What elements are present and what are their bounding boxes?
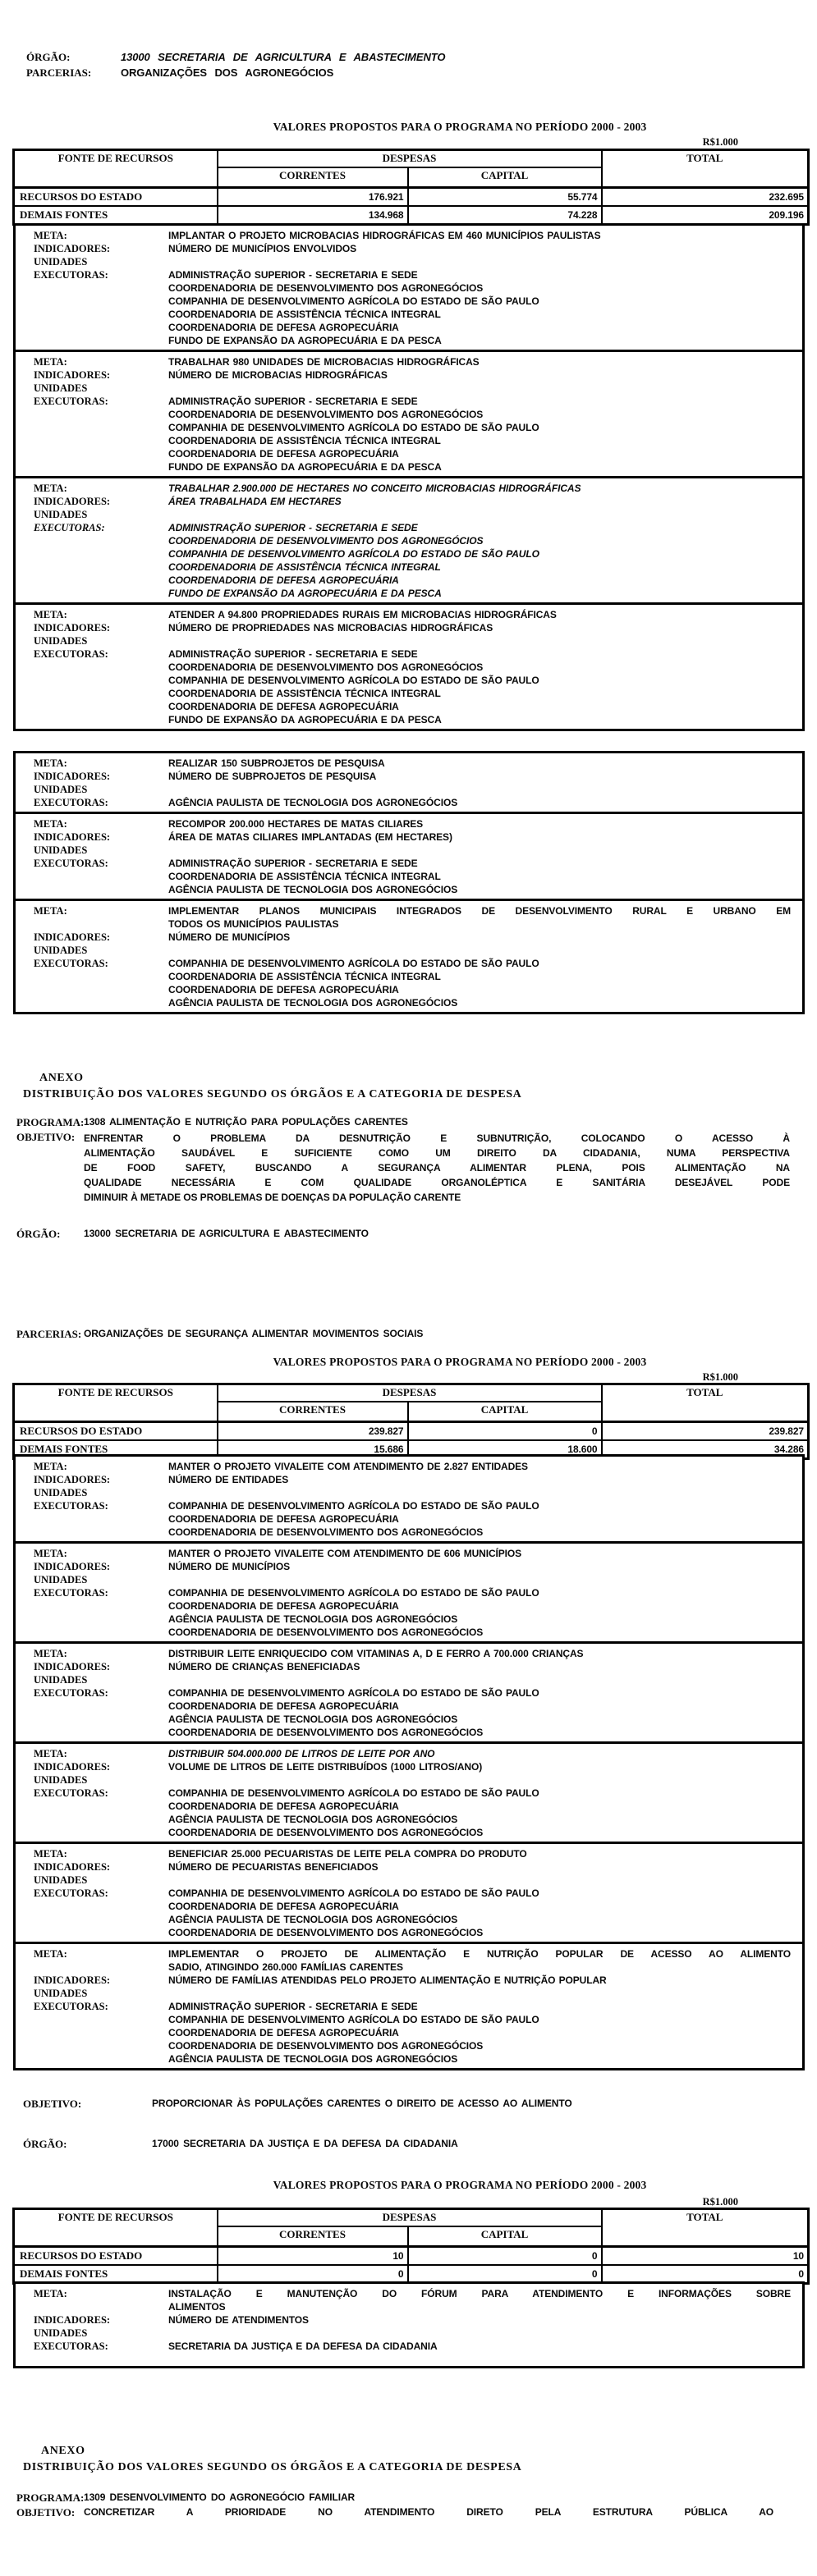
meta-row: INDICADORES:NÚMERO DE PROPRIEDADES NAS M… — [16, 621, 802, 634]
executora-value: COMPANHIA DE DESENVOLVIMENTO AGRÍCOLA DO… — [168, 1499, 802, 1512]
meta-row: FUNDO DE EXPANSÃO DA AGROPECUÁRIA E DA P… — [16, 334, 802, 347]
unidades-spacer — [168, 2327, 802, 2340]
objetivo-1308-text: ENFRENTAR O PROBLEMA DA DESNUTRIÇÃO E SU… — [84, 1131, 790, 1205]
meta-row: ALIMENTOS — [16, 2300, 802, 2313]
meta-table-4: META:INSTALAÇÃO E MANUTENÇÃO DO FÓRUM PA… — [13, 2281, 805, 2368]
unidades-label: UNIDADES — [16, 1987, 168, 2000]
indicadores-value: NÚMERO DE MUNICÍPIOS — [168, 931, 802, 944]
meta-label: META: — [16, 1947, 168, 1961]
executora-value: COORDENADORIA DE DEFESA AGROPECUÁRIA — [168, 983, 802, 996]
valores-title-1: VALORES PROPOSTOS PARA O PROGRAMA NO PER… — [107, 121, 813, 134]
fin-cell-total: 209.196 — [602, 206, 809, 225]
meta-value: TODOS OS MUNICÍPIOS PAULISTAS — [168, 917, 802, 931]
meta-row: EXECUTORAS:ADMINISTRAÇÃO SUPERIOR - SECR… — [16, 268, 802, 281]
meta-block: META:MANTER O PROJETO VIVALEITE COM ATEN… — [16, 1457, 802, 1541]
meta-row: UNIDADES — [16, 2327, 802, 2340]
executora-value: AGÊNCIA PAULISTA DE TECNOLOGIA DOS AGRON… — [168, 996, 802, 1009]
fin-header-correntes: CORRENTES — [218, 167, 408, 188]
fin-row: RECURSOS DO ESTADO10010 — [14, 2247, 809, 2266]
executoras-label — [16, 1926, 168, 1939]
executoras-label — [16, 700, 168, 713]
meta-label — [16, 1961, 168, 1974]
unidades-label: UNIDADES — [16, 382, 168, 395]
parcerias-1308-row: PARCERIAS: ORGANIZAÇÕES DE SEGURANÇA ALI… — [16, 1328, 423, 1341]
meta-label: META: — [16, 1747, 168, 1760]
objetivo-label: OBJETIVO: — [16, 2506, 84, 2519]
executora-value: COMPANHIA DE DESENVOLVIMENTO AGRÍCOLA DO… — [168, 674, 802, 687]
unidades-label: UNIDADES — [16, 1486, 168, 1499]
executoras-label — [16, 870, 168, 883]
executoras-label — [16, 460, 168, 474]
executora-value: COORDENADORIA DE DESENVOLVIMENTO DOS AGR… — [168, 1626, 802, 1639]
meta-label: META: — [16, 817, 168, 830]
meta-row: COORDENADORIA DE DEFESA AGROPECUÁRIA — [16, 1900, 802, 1913]
currency-note-2: R$1.000 — [703, 1371, 738, 1384]
indicadores-value: NÚMERO DE PROPRIEDADES NAS MICROBACIAS H… — [168, 621, 802, 634]
executora-value: COORDENADORIA DE DEFESA AGROPECUÁRIA — [168, 447, 802, 460]
executora-value: COORDENADORIA DE DESENVOLVIMENTO DOS AGR… — [168, 534, 802, 547]
executora-value: COMPANHIA DE DESENVOLVIMENTO AGRÍCOLA DO… — [168, 547, 802, 560]
meta-row: EXECUTORAS:COMPANHIA DE DESENVOLVIMENTO … — [16, 957, 802, 970]
meta-block: META:RECOMPOR 200.000 HECTARES DE MATAS … — [16, 812, 802, 899]
meta-value: TRABALHAR 2.900.000 DE HECTARES NO CONCE… — [168, 482, 802, 495]
meta-row: META:IMPLEMENTAR PLANOS MUNICIPAIS INTEG… — [16, 904, 802, 917]
parcerias-label: PARCERIAS: — [16, 1328, 84, 1341]
meta-row: META:REALIZAR 150 SUBPROJETOS DE PESQUIS… — [16, 757, 802, 770]
executoras-label — [16, 1900, 168, 1913]
objetivo-1308-row: OBJETIVO: ENFRENTAR O PROBLEMA DA DESNUT… — [16, 1131, 790, 1205]
meta-row: COORDENADORIA DE DESENVOLVIMENTO DOS AGR… — [16, 1726, 802, 1739]
fin-header-correntes: CORRENTES — [218, 1402, 408, 1422]
parcerias-value: ORGANIZAÇÕES DE SEGURANÇA ALIMENTAR MOVI… — [84, 1328, 423, 1339]
executora-value: ADMINISTRAÇÃO SUPERIOR - SECRETARIA E SE… — [168, 268, 802, 281]
executoras-label: EXECUTORAS: — [16, 647, 168, 661]
meta-row: META:TRABALHAR 980 UNIDADES DE MICROBACI… — [16, 355, 802, 368]
meta-value: ATENDER A 94.800 PROPRIEDADES RURAIS EM … — [168, 608, 802, 621]
fin-header-despesas: DESPESAS — [218, 2209, 602, 2227]
executora-value: COMPANHIA DE DESENVOLVIMENTO AGRÍCOLA DO… — [168, 1887, 802, 1900]
meta-value: BENEFICIAR 25.000 PECUARISTAS DE LEITE P… — [168, 1847, 802, 1860]
meta-row: COORDENADORIA DE ASSISTÊNCIA TÉCNICA INT… — [16, 434, 802, 447]
fin-header-correntes: CORRENTES — [218, 2226, 408, 2247]
meta-row: COORDENADORIA DE DESENVOLVIMENTO DOS AGR… — [16, 1826, 802, 1839]
fin-header-capital: CAPITAL — [408, 2226, 602, 2247]
meta-row: COORDENADORIA DE DESENVOLVIMENTO DOS AGR… — [16, 1926, 802, 1939]
executoras-label — [16, 2039, 168, 2052]
executoras-label: EXECUTORAS: — [16, 1787, 168, 1800]
unidades-spacer — [168, 944, 802, 957]
objetivo-line: DE FOOD SAFETY, BUSCANDO A SEGURANÇA ALI… — [84, 1160, 790, 1175]
meta-block: META:REALIZAR 150 SUBPROJETOS DE PESQUIS… — [16, 753, 802, 812]
orgao-value: 13000 SECRETARIA DE AGRICULTURA E ABASTE… — [121, 49, 445, 65]
meta-label: META: — [16, 229, 168, 242]
indicadores-value: ÁREA DE MATAS CILIARES IMPLANTADAS (EM H… — [168, 830, 802, 844]
unidades-label: UNIDADES — [16, 1573, 168, 1586]
meta-row: UNIDADES — [16, 508, 802, 521]
meta-block: META:IMPLANTAR O PROJETO MICROBACIAS HID… — [16, 226, 802, 350]
executoras-label — [16, 547, 168, 560]
executora-value: COORDENADORIA DE DESENVOLVIMENTO DOS AGR… — [168, 1526, 802, 1539]
unidades-spacer — [168, 1486, 802, 1499]
executoras-label — [16, 713, 168, 726]
executoras-label — [16, 2052, 168, 2066]
fin-header-capital: CAPITAL — [408, 1402, 602, 1422]
executoras-label: EXECUTORAS: — [16, 957, 168, 970]
executoras-label — [16, 574, 168, 587]
valores-table-2: FONTE DE RECURSOSDESPESASTOTALCORRENTESC… — [12, 1383, 810, 1460]
fin-cell-total: 239.827 — [602, 1422, 809, 1441]
executora-value: COORDENADORIA DE DESENVOLVIMENTO DOS AGR… — [168, 2039, 802, 2052]
currency-note-1: R$1.000 — [703, 136, 738, 149]
objetivo-value: PROPORCIONAR ÀS POPULAÇÕES CARENTES O DI… — [152, 2098, 572, 2109]
meta-row: AGÊNCIA PAULISTA DE TECNOLOGIA DOS AGRON… — [16, 1613, 802, 1626]
executoras-label — [16, 2026, 168, 2039]
meta-label: META: — [16, 757, 168, 770]
meta-value: INSTALAÇÃO E MANUTENÇÃO DO FÓRUM PARA AT… — [168, 2287, 802, 2300]
indicadores-value: ÁREA TRABALHADA EM HECTARES — [168, 495, 802, 508]
executora-value: COORDENADORIA DE DESENVOLVIMENTO DOS AGR… — [168, 1726, 802, 1739]
executoras-label — [16, 1713, 168, 1726]
unidades-spacer — [168, 783, 802, 796]
meta-value: MANTER O PROJETO VIVALEITE COM ATENDIMEN… — [168, 1460, 802, 1473]
programa-1308-row: PROGRAMA: 1308 ALIMENTAÇÃO E NUTRIÇÃO PA… — [16, 1116, 408, 1129]
meta-label: META: — [16, 1847, 168, 1860]
executoras-label — [16, 661, 168, 674]
executoras-label — [16, 983, 168, 996]
objetivo-line: ALIMENTAÇÃO SAUDÁVEL E SUFICIENTE COMO U… — [84, 1146, 790, 1160]
executoras-label: EXECUTORAS: — [16, 395, 168, 408]
meta-row: COORDENADORIA DE DEFESA AGROPECUÁRIA — [16, 1599, 802, 1613]
document-page: ÓRGÃO: 13000 SECRETARIA DE AGRICULTURA E… — [0, 0, 817, 2576]
meta-row: META:IMPLEMENTAR O PROJETO DE ALIMENTAÇÃ… — [16, 1947, 802, 1961]
indicadores-value: NÚMERO DE ATENDIMENTOS — [168, 2313, 802, 2327]
meta-row: INDICADORES:ÁREA TRABALHADA EM HECTARES — [16, 495, 802, 508]
meta-row: EXECUTORAS:COMPANHIA DE DESENVOLVIMENTO … — [16, 1499, 802, 1512]
executora-value: COMPANHIA DE DESENVOLVIMENTO AGRÍCOLA DO… — [168, 1686, 802, 1700]
fin-cell-total: 10 — [602, 2247, 809, 2266]
executoras-label — [16, 674, 168, 687]
unidades-spacer — [168, 508, 802, 521]
executora-value: COORDENADORIA DE ASSISTÊNCIA TÉCNICA INT… — [168, 970, 802, 983]
objetivo-label: OBJETIVO: — [23, 2098, 152, 2111]
executora-value: ADMINISTRAÇÃO SUPERIOR - SECRETARIA E SE… — [168, 521, 802, 534]
meta-label: META: — [16, 355, 168, 368]
unidades-spacer — [168, 255, 802, 268]
fin-header-total: TOTAL — [602, 1384, 809, 1422]
orgao-label: ÓRGÃO: — [26, 49, 121, 65]
executoras-label — [16, 1800, 168, 1813]
meta-block: META:DISTRIBUIR LEITE ENRIQUECIDO COM VI… — [16, 1641, 802, 1741]
unidades-label: UNIDADES — [16, 1773, 168, 1787]
executora-value: COMPANHIA DE DESENVOLVIMENTO AGRÍCOLA DO… — [168, 421, 802, 434]
meta-row: EXECUTORAS:COMPANHIA DE DESENVOLVIMENTO … — [16, 1887, 802, 1900]
executoras-label — [16, 1599, 168, 1613]
executoras-label — [16, 1700, 168, 1713]
orgao-label: ÓRGÃO: — [16, 1228, 84, 1241]
meta-row: EXECUTORAS:ADMINISTRAÇÃO SUPERIOR - SECR… — [16, 2000, 802, 2013]
meta-block: META:INSTALAÇÃO E MANUTENÇÃO DO FÓRUM PA… — [16, 2284, 802, 2366]
fin-row: DEMAIS FONTES134.96874.228209.196 — [14, 206, 809, 225]
meta-row: UNIDADES — [16, 944, 802, 957]
meta-block: META:ATENDER A 94.800 PROPRIEDADES RURAI… — [16, 602, 802, 729]
parcerias-row: PARCERIAS: ORGANIZAÇÕES DOS AGRONEGÓCIOS — [26, 65, 333, 80]
meta-label: META: — [16, 608, 168, 621]
orgao-1308-row: ÓRGÃO: 13000 SECRETARIA DE AGRICULTURA E… — [16, 1228, 369, 1241]
indicadores-label: INDICADORES: — [16, 621, 168, 634]
programa-1309-row: PROGRAMA: 1309 DESENVOLVIMENTO DO AGRONE… — [16, 2491, 355, 2505]
indicadores-label: INDICADORES: — [16, 770, 168, 783]
unidades-spacer — [168, 1673, 802, 1686]
meta-value: ALIMENTOS — [168, 2300, 802, 2313]
indicadores-label: INDICADORES: — [16, 931, 168, 944]
executoras-label: EXECUTORAS: — [16, 2340, 168, 2353]
executoras-label: EXECUTORAS: — [16, 857, 168, 870]
fin-row-fonte: RECURSOS DO ESTADO — [14, 1422, 218, 1441]
meta-row: COORDENADORIA DE DEFESA AGROPECUÁRIA — [16, 1700, 802, 1713]
meta-value: IMPLEMENTAR PLANOS MUNICIPAIS INTEGRADOS… — [168, 904, 802, 917]
unidades-spacer — [168, 1573, 802, 1586]
meta-row: EXECUTORAS:ADMINISTRAÇÃO SUPERIOR - SECR… — [16, 521, 802, 534]
meta-label: META: — [16, 1460, 168, 1473]
executora-value: AGÊNCIA PAULISTA DE TECNOLOGIA DOS AGRON… — [168, 1713, 802, 1726]
fin-cell-correntes: 134.968 — [218, 206, 408, 225]
meta-row: COORDENADORIA DE DEFESA AGROPECUÁRIA — [16, 1512, 802, 1526]
executora-value: COMPANHIA DE DESENVOLVIMENTO AGRÍCOLA DO… — [168, 1787, 802, 1800]
valores-title-3: VALORES PROPOSTOS PARA O PROGRAMA NO PER… — [107, 2179, 813, 2192]
orgao-value: 13000 SECRETARIA DE AGRICULTURA E ABASTE… — [84, 1228, 369, 1239]
parcerias-value: ORGANIZAÇÕES DOS AGRONEGÓCIOS — [121, 65, 333, 80]
executora-value: COORDENADORIA DE ASSISTÊNCIA TÉCNICA INT… — [168, 308, 802, 321]
executoras-label — [16, 587, 168, 600]
meta-row: EXECUTORAS:ADMINISTRAÇÃO SUPERIOR - SECR… — [16, 395, 802, 408]
meta-block: META:TRABALHAR 2.900.000 DE HECTARES NO … — [16, 476, 802, 602]
indicadores-value: NÚMERO DE ENTIDADES — [168, 1473, 802, 1486]
executora-value: COORDENADORIA DE DEFESA AGROPECUÁRIA — [168, 321, 802, 334]
indicadores-value: NÚMERO DE MICROBACIAS HIDROGRÁFICAS — [168, 368, 802, 382]
meta-row: INDICADORES:NÚMERO DE FAMÍLIAS ATENDIDAS… — [16, 1974, 802, 1987]
executoras-label — [16, 1813, 168, 1826]
meta-value: IMPLEMENTAR O PROJETO DE ALIMENTAÇÃO E N… — [168, 1947, 802, 1961]
meta-row: COORDENADORIA DE DESENVOLVIMENTO DOS AGR… — [16, 1526, 802, 1539]
meta-row: COMPANHIA DE DESENVOLVIMENTO AGRÍCOLA DO… — [16, 2013, 802, 2026]
meta-row: COORDENADORIA DE DEFESA AGROPECUÁRIA — [16, 700, 802, 713]
meta-row: INDICADORES:NÚMERO DE ENTIDADES — [16, 1473, 802, 1486]
meta-row: INDICADORES:ÁREA DE MATAS CILIARES IMPLA… — [16, 830, 802, 844]
meta-row: UNIDADES — [16, 783, 802, 796]
meta-block: META:BENEFICIAR 25.000 PECUARISTAS DE LE… — [16, 1842, 802, 1942]
executora-value: AGÊNCIA PAULISTA DE TECNOLOGIA DOS AGRON… — [168, 2052, 802, 2066]
executoras-label — [16, 281, 168, 295]
executora-value: FUNDO DE EXPANSÃO DA AGROPECUÁRIA E DA P… — [168, 713, 802, 726]
executora-value: COORDENADORIA DE DESENVOLVIMENTO DOS AGR… — [168, 1926, 802, 1939]
unidades-spacer — [168, 1773, 802, 1787]
unidades-label: UNIDADES — [16, 1673, 168, 1686]
fin-cell-capital: 0 — [408, 1422, 602, 1441]
executoras-label: EXECUTORAS: — [16, 1686, 168, 1700]
meta-row: META:MANTER O PROJETO VIVALEITE COM ATEN… — [16, 1547, 802, 1560]
meta-row: INDICADORES:NÚMERO DE MUNICÍPIOS ENVOLVI… — [16, 242, 802, 255]
executora-value: COORDENADORIA DE DEFESA AGROPECUÁRIA — [168, 574, 802, 587]
unidades-label: UNIDADES — [16, 255, 168, 268]
programa-value: 1308 ALIMENTAÇÃO E NUTRIÇÃO PARA POPULAÇ… — [84, 1116, 408, 1128]
unidades-spacer — [168, 382, 802, 395]
objetivo-label: OBJETIVO: — [16, 1131, 84, 1205]
executora-value: AGÊNCIA PAULISTA DE TECNOLOGIA DOS AGRON… — [168, 883, 802, 896]
indicadores-value: NÚMERO DE MUNICÍPIOS — [168, 1560, 802, 1573]
executora-value: SECRETARIA DA JUSTIÇA E DA DEFESA DA CID… — [168, 2340, 802, 2353]
meta-row: UNIDADES — [16, 634, 802, 647]
executora-value: COORDENADORIA DE DESENVOLVIMENTO DOS AGR… — [168, 661, 802, 674]
fin-cell-total: 232.695 — [602, 188, 809, 207]
executoras-label — [16, 534, 168, 547]
meta-row: EXECUTORAS:COMPANHIA DE DESENVOLVIMENTO … — [16, 1787, 802, 1800]
executora-value: AGÊNCIA PAULISTA DE TECNOLOGIA DOS AGRON… — [168, 1913, 802, 1926]
executora-value: COORDENADORIA DE DEFESA AGROPECUÁRIA — [168, 1700, 802, 1713]
executoras-label — [16, 434, 168, 447]
meta-row: META:DISTRIBUIR LEITE ENRIQUECIDO COM VI… — [16, 1647, 802, 1660]
executora-value: ADMINISTRAÇÃO SUPERIOR - SECRETARIA E SE… — [168, 395, 802, 408]
executora-value: COORDENADORIA DE DEFESA AGROPECUÁRIA — [168, 700, 802, 713]
meta-row: EXECUTORAS:COMPANHIA DE DESENVOLVIMENTO … — [16, 1686, 802, 1700]
executoras-label: EXECUTORAS: — [16, 521, 168, 534]
meta-row: AGÊNCIA PAULISTA DE TECNOLOGIA DOS AGRON… — [16, 1813, 802, 1826]
fin-cell-capital: 55.774 — [408, 188, 602, 207]
meta-value: TRABALHAR 980 UNIDADES DE MICROBACIAS HI… — [168, 355, 802, 368]
executoras-label — [16, 408, 168, 421]
meta-value: DISTRIBUIR LEITE ENRIQUECIDO COM VITAMIN… — [168, 1647, 802, 1660]
meta-row: TODOS OS MUNICÍPIOS PAULISTAS — [16, 917, 802, 931]
meta-row: META:TRABALHAR 2.900.000 DE HECTARES NO … — [16, 482, 802, 495]
meta-block: META:MANTER O PROJETO VIVALEITE COM ATEN… — [16, 1541, 802, 1641]
unidades-label: UNIDADES — [16, 634, 168, 647]
meta-row: EXECUTORAS:COMPANHIA DE DESENVOLVIMENTO … — [16, 1586, 802, 1599]
meta-value: RECOMPOR 200.000 HECTARES DE MATAS CILIA… — [168, 817, 802, 830]
fin-cell-correntes: 239.827 — [218, 1422, 408, 1441]
meta-value: DISTRIBUIR 504.000.000 DE LITROS DE LEIT… — [168, 1747, 802, 1760]
executoras-label: EXECUTORAS: — [16, 1887, 168, 1900]
executoras-label — [16, 1613, 168, 1626]
fin-header-capital: CAPITAL — [408, 167, 602, 188]
executoras-label — [16, 1626, 168, 1639]
executoras-label — [16, 1526, 168, 1539]
objetivo-value: CONCRETIZAR A PRIORIDADE NO ATENDIMENTO … — [84, 2506, 773, 2518]
objetivo-17000-row: OBJETIVO: PROPORCIONAR ÀS POPULAÇÕES CAR… — [23, 2098, 572, 2111]
indicadores-value: NÚMERO DE SUBPROJETOS DE PESQUISA — [168, 770, 802, 783]
meta-block: META:DISTRIBUIR 504.000.000 DE LITROS DE… — [16, 1741, 802, 1842]
unidades-label: UNIDADES — [16, 783, 168, 796]
meta-row: COORDENADORIA DE ASSISTÊNCIA TÉCNICA INT… — [16, 560, 802, 574]
meta-row: EXECUTORAS:ADMINISTRAÇÃO SUPERIOR - SECR… — [16, 857, 802, 870]
executora-value: COORDENADORIA DE DESENVOLVIMENTO DOS AGR… — [168, 408, 802, 421]
meta-row: COORDENADORIA DE DEFESA AGROPECUÁRIA — [16, 2026, 802, 2039]
meta-row: COORDENADORIA DE DESENVOLVIMENTO DOS AGR… — [16, 1626, 802, 1639]
meta-row: AGÊNCIA PAULISTA DE TECNOLOGIA DOS AGRON… — [16, 1913, 802, 1926]
meta-table-2: META:REALIZAR 150 SUBPROJETOS DE PESQUIS… — [13, 751, 805, 1014]
meta-table-1: META:IMPLANTAR O PROJETO MICROBACIAS HID… — [13, 223, 805, 731]
orgao-row: ÓRGÃO: 13000 SECRETARIA DE AGRICULTURA E… — [26, 49, 445, 65]
fin-cell-correntes: 176.921 — [218, 188, 408, 207]
meta-row: COMPANHIA DE DESENVOLVIMENTO AGRÍCOLA DO… — [16, 547, 802, 560]
meta-table-3: META:MANTER O PROJETO VIVALEITE COM ATEN… — [13, 1454, 805, 2070]
meta-row: INDICADORES:NÚMERO DE ATENDIMENTOS — [16, 2313, 802, 2327]
fin-cell-capital: 0 — [408, 2247, 602, 2266]
fin-header-fonte: FONTE DE RECURSOS — [14, 150, 218, 188]
meta-row: UNIDADES — [16, 1673, 802, 1686]
executoras-label — [16, 421, 168, 434]
programa-label: PROGRAMA: — [16, 2491, 84, 2505]
meta-row: EXECUTORAS:ADMINISTRAÇÃO SUPERIOR - SECR… — [16, 647, 802, 661]
valores-table-3: FONTE DE RECURSOSDESPESASTOTALCORRENTESC… — [12, 2208, 810, 2285]
executora-value: COORDENADORIA DE DEFESA AGROPECUÁRIA — [168, 1599, 802, 1613]
meta-row: META:MANTER O PROJETO VIVALEITE COM ATEN… — [16, 1460, 802, 1473]
meta-label: META: — [16, 482, 168, 495]
objetivo-line: QUALIDADE NECESSÁRIA E COM QUALIDADE ORG… — [84, 1175, 790, 1190]
fin-row-fonte: DEMAIS FONTES — [14, 206, 218, 225]
meta-row: AGÊNCIA PAULISTA DE TECNOLOGIA DOS AGRON… — [16, 883, 802, 896]
meta-row: AGÊNCIA PAULISTA DE TECNOLOGIA DOS AGRON… — [16, 1713, 802, 1726]
meta-row: UNIDADES — [16, 1773, 802, 1787]
indicadores-label: INDICADORES: — [16, 1974, 168, 1987]
distribuicao-heading-2: DISTRIBUIÇÃO DOS VALORES SEGUNDO OS ÓRGÃ… — [23, 2461, 521, 2474]
meta-row: AGÊNCIA PAULISTA DE TECNOLOGIA DOS AGRON… — [16, 996, 802, 1009]
meta-value: MANTER O PROJETO VIVALEITE COM ATENDIMEN… — [168, 1547, 802, 1560]
orgao-17000-row: ÓRGÃO: 17000 SECRETARIA DA JUSTIÇA E DA … — [23, 2138, 458, 2151]
indicadores-label: INDICADORES: — [16, 1860, 168, 1874]
fin-row: RECURSOS DO ESTADO239.8270239.827 — [14, 1422, 809, 1441]
fin-header-fonte: FONTE DE RECURSOS — [14, 2209, 218, 2247]
meta-row: META:RECOMPOR 200.000 HECTARES DE MATAS … — [16, 817, 802, 830]
executoras-label: EXECUTORAS: — [16, 1499, 168, 1512]
meta-row: UNIDADES — [16, 1573, 802, 1586]
currency-note-3: R$1.000 — [703, 2196, 738, 2208]
objetivo-line: DIMINUIR À METADE OS PROBLEMAS DE DOENÇA… — [84, 1190, 790, 1205]
meta-row: EXECUTORAS:SECRETARIA DA JUSTIÇA E DA DE… — [16, 2340, 802, 2353]
meta-row: COORDENADORIA DE ASSISTÊNCIA TÉCNICA INT… — [16, 687, 802, 700]
meta-row: COORDENADORIA DE DEFESA AGROPECUÁRIA — [16, 983, 802, 996]
executora-value: COORDENADORIA DE DESENVOLVIMENTO DOS AGR… — [168, 1826, 802, 1839]
executoras-label — [16, 1913, 168, 1926]
unidades-spacer — [168, 844, 802, 857]
executoras-label — [16, 321, 168, 334]
indicadores-label: INDICADORES: — [16, 495, 168, 508]
executora-value: FUNDO DE EXPANSÃO DA AGROPECUÁRIA E DA P… — [168, 334, 802, 347]
indicadores-label: INDICADORES: — [16, 830, 168, 844]
unidades-label: UNIDADES — [16, 844, 168, 857]
meta-row: INDICADORES:NÚMERO DE MUNICÍPIOS — [16, 1560, 802, 1573]
executoras-label: EXECUTORAS: — [16, 796, 168, 809]
meta-row: COORDENADORIA DE DESENVOLVIMENTO DOS AGR… — [16, 281, 802, 295]
unidades-spacer — [168, 1874, 802, 1887]
indicadores-label: INDICADORES: — [16, 1473, 168, 1486]
meta-value: SADIO, ATINGINDO 260.000 FAMÍLIAS CARENT… — [168, 1961, 802, 1974]
meta-row: UNIDADES — [16, 382, 802, 395]
executoras-label — [16, 334, 168, 347]
unidades-label: UNIDADES — [16, 1874, 168, 1887]
meta-block: META:IMPLEMENTAR O PROJETO DE ALIMENTAÇÃ… — [16, 1942, 802, 2068]
executora-value: FUNDO DE EXPANSÃO DA AGROPECUÁRIA E DA P… — [168, 460, 802, 474]
fin-cell-correntes: 10 — [218, 2247, 408, 2266]
meta-row: UNIDADES — [16, 844, 802, 857]
executora-value: COMPANHIA DE DESENVOLVIMENTO AGRÍCOLA DO… — [168, 295, 802, 308]
executora-value: AGÊNCIA PAULISTA DE TECNOLOGIA DOS AGRON… — [168, 1813, 802, 1826]
executoras-label — [16, 1826, 168, 1839]
indicadores-label: INDICADORES: — [16, 368, 168, 382]
meta-value: IMPLANTAR O PROJETO MICROBACIAS HIDROGRÁ… — [168, 229, 802, 242]
fin-header-despesas: DESPESAS — [218, 150, 602, 168]
meta-row: EXECUTORAS:AGÊNCIA PAULISTA DE TECNOLOGI… — [16, 796, 802, 809]
executora-value: COORDENADORIA DE DEFESA AGROPECUÁRIA — [168, 1800, 802, 1813]
fin-row-fonte: RECURSOS DO ESTADO — [14, 2247, 218, 2266]
